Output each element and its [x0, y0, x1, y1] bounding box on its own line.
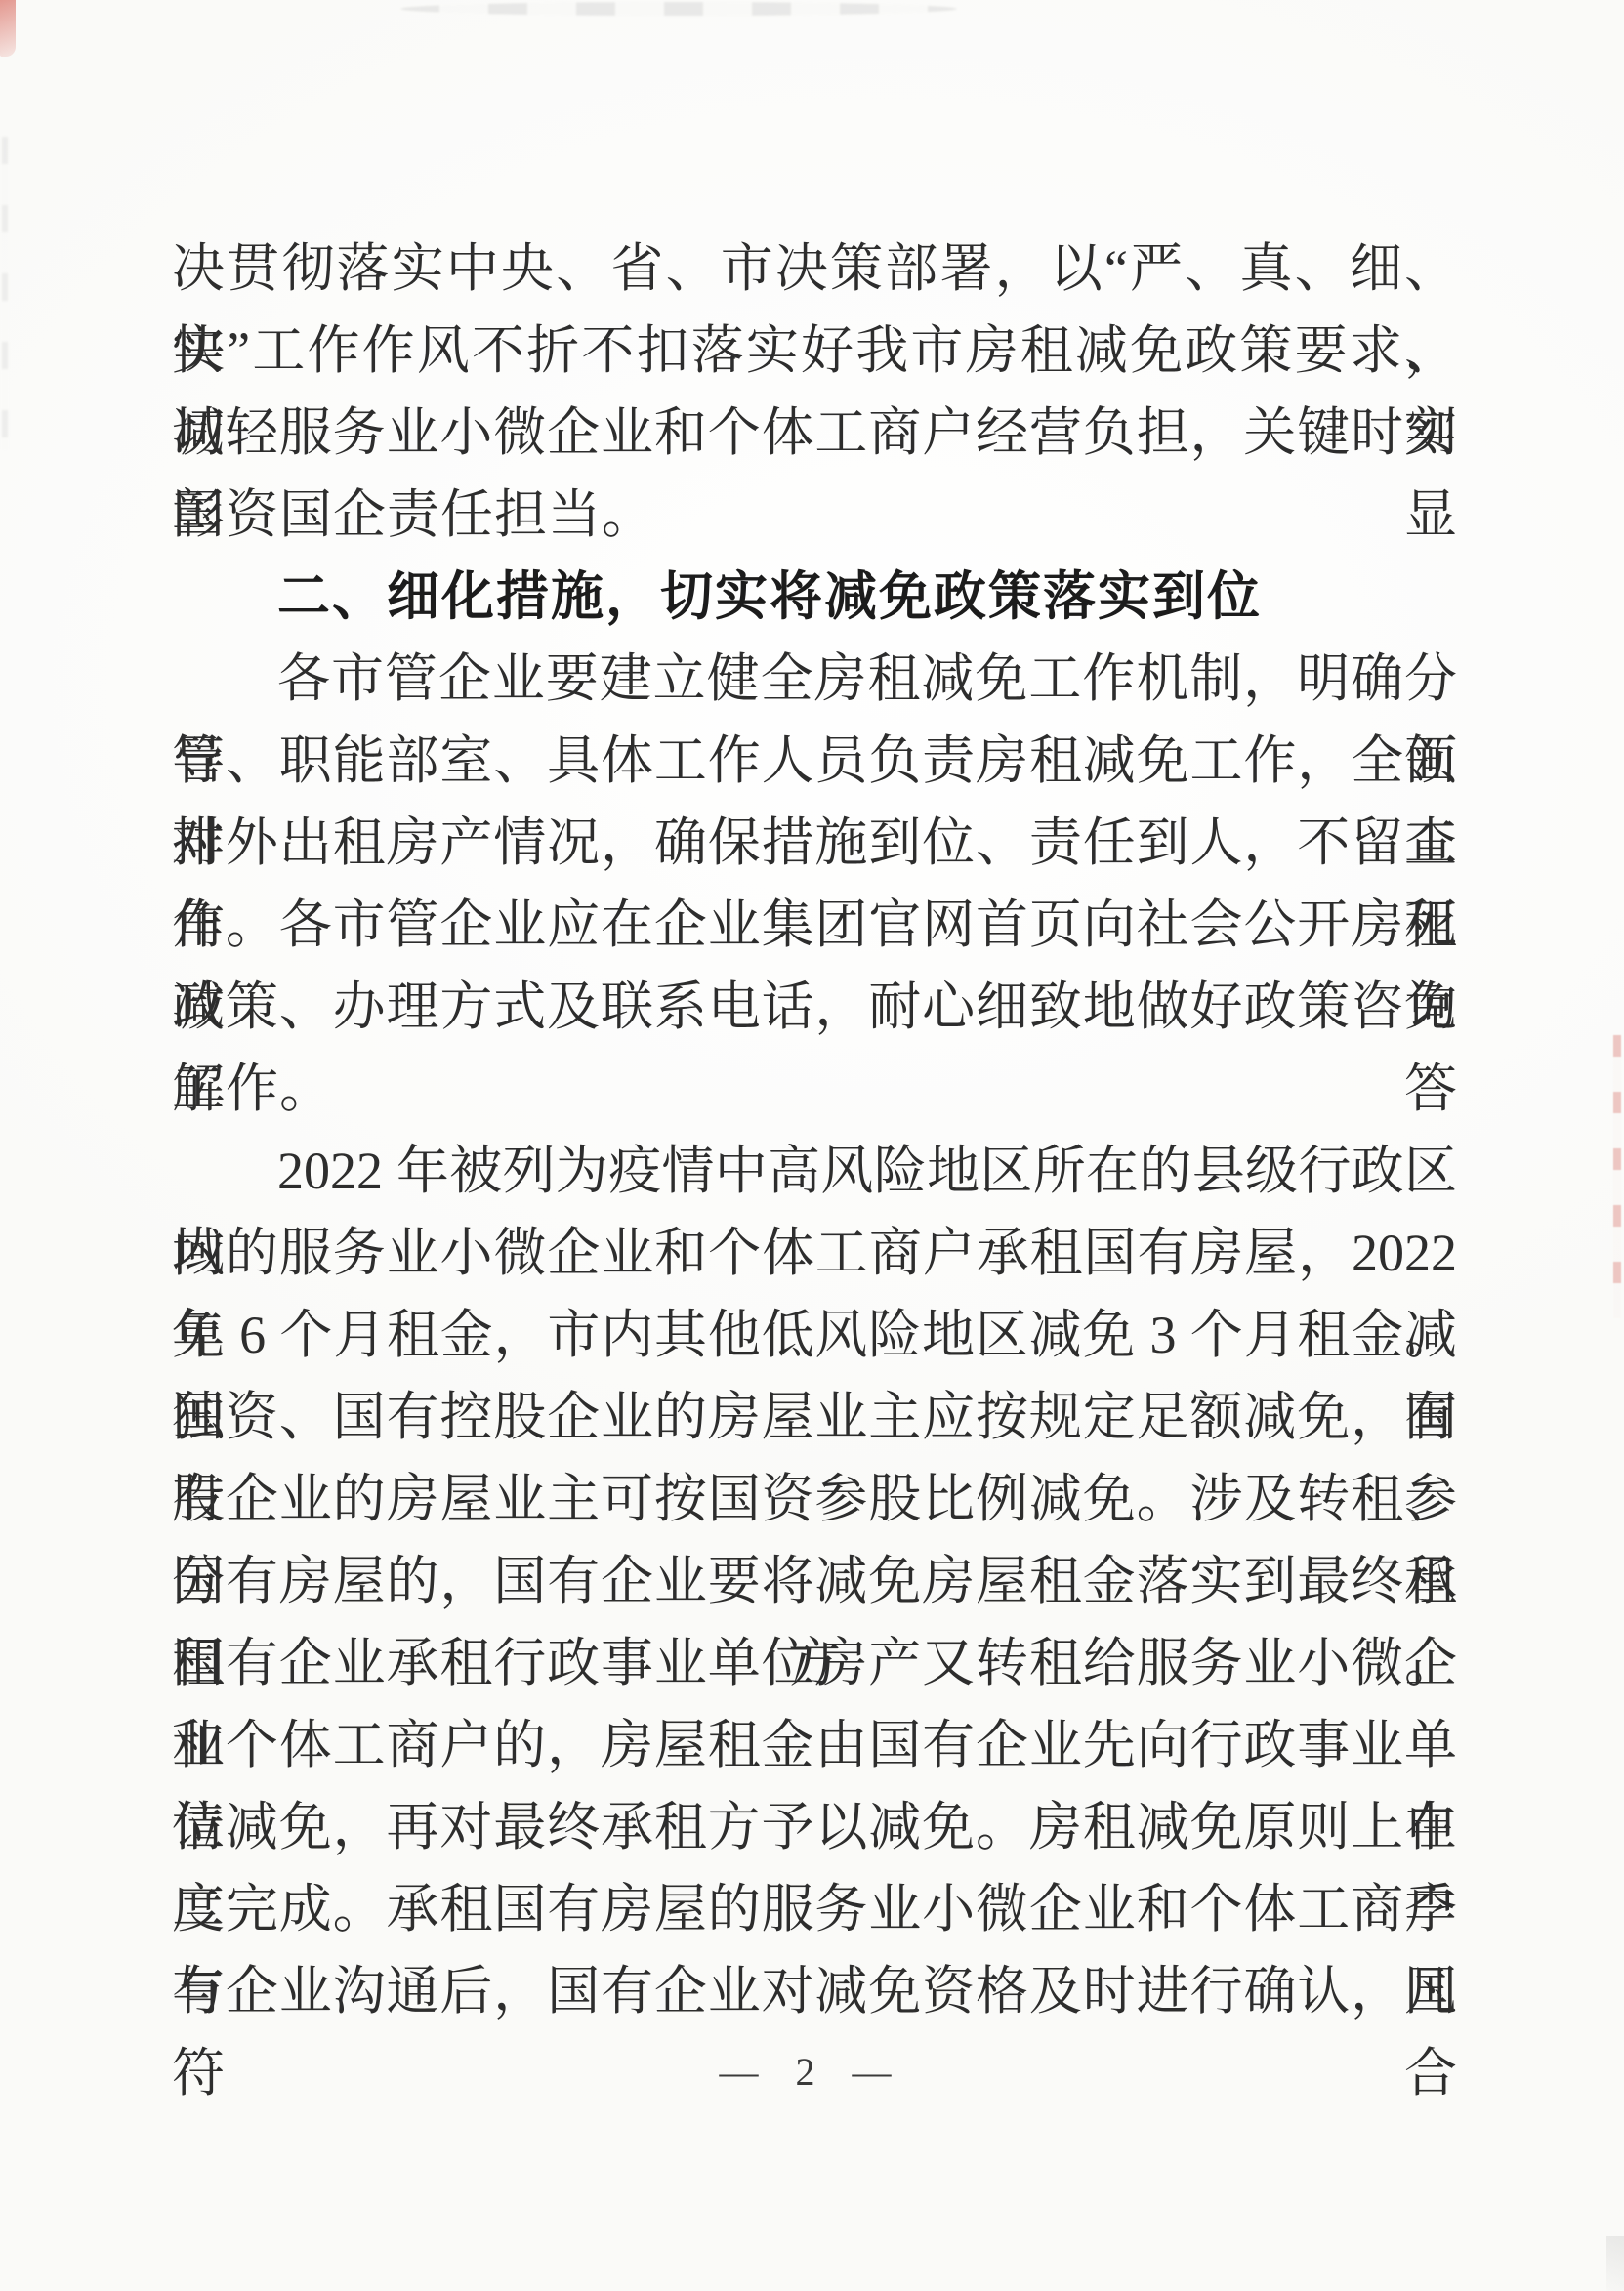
scan-artifact-left-smudge: [2, 137, 8, 449]
text-line: 减轻服务业小微企业和个体工商户经营负担，关键时刻彰显: [172, 392, 1457, 474]
scan-artifact-corner-red: [0, 0, 16, 57]
text-line: 决贯彻落实中央、省、市决策部署，以“严、真、细、实、: [172, 228, 1457, 310]
text-line: 政策、办理方式及联系电话，耐心细致地做好政策咨询解答: [172, 966, 1457, 1048]
text-line: 各市管企业要建立健全房租减免工作机制，明确分管领: [172, 638, 1457, 720]
text-line: 独资、国有控股企业的房屋业主应按规定足额减免，国有参: [172, 1376, 1457, 1458]
document-body: 决贯彻落实中央、省、市决策部署，以“严、真、细、实、快”工作作风不折不扣落实好我…: [172, 228, 1457, 2032]
text-line: 国有房屋的，国有企业要将减免房屋租金落实到最终承租方。: [172, 1540, 1457, 1622]
text-line: 快”工作作风不折不扣落实好我市房租减免政策要求，切实: [172, 310, 1457, 392]
section-heading: 二、细化措施，切实将减免政策落实到位: [172, 556, 1457, 638]
scan-artifact-right-red-ticks: [1613, 1035, 1621, 1318]
text-line: 国有企业承租行政事业单位房产又转租给服务业小微企业: [172, 1622, 1457, 1704]
page-number: — 2 —: [0, 2049, 1624, 2095]
text-line: 内的服务业小微企业和个体工商户承租国有房屋，2022 年减: [172, 1212, 1457, 1294]
text-line: 角。各市管企业应在企业集团官网首页向社会公开房租减免: [172, 884, 1457, 966]
text-line: 导、职能部室、具体工作人员负责房租减免工作，全面排查: [172, 720, 1457, 802]
text-line: 对外出租房产情况，确保措施到位、责任到人，不留工作死: [172, 802, 1457, 884]
text-line: 请减免，再对最终承租方予以减免。房租减免原则上在二季: [172, 1786, 1457, 1868]
scan-artifact-top-smudge: [400, 2, 957, 16]
text-line: 有企业沟通后，国有企业对减免资格及时进行确认，凡符合: [172, 1950, 1457, 2032]
text-line: 和个体工商户的，房屋租金由国有企业先向行政事业单位申: [172, 1704, 1457, 1786]
text-line: 股企业的房屋业主可按国资参股比例减免。涉及转租、分租: [172, 1458, 1457, 1540]
scan-artifact-bottom-right: [1606, 2236, 1624, 2291]
text-line: 2022 年被列为疫情中高风险地区所在的县级行政区域: [172, 1130, 1457, 1212]
document-page: 决贯彻落实中央、省、市决策部署，以“严、真、细、实、快”工作作风不折不扣落实好我…: [0, 0, 1624, 2291]
text-line: 度完成。承租国有房屋的服务业小微企业和个体工商户与国: [172, 1868, 1457, 1950]
text-line: 免 6 个月租金，市内其他低风险地区减免 3 个月租金。国有: [172, 1294, 1457, 1376]
